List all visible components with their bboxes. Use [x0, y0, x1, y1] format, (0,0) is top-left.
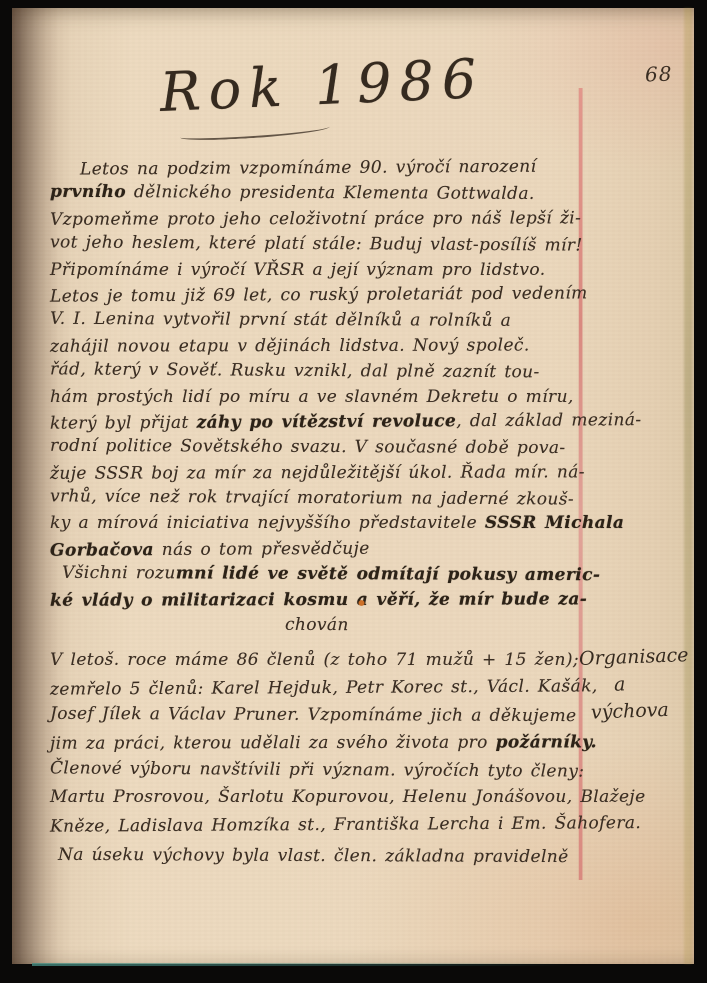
handwritten-line: Letos na podzim vzpomínáme 90. výročí na…: [50, 154, 595, 183]
margin-note-line: Organisace: [579, 642, 692, 673]
handwriting-segment: jim za práci, kterou udělali za svého ži…: [50, 732, 496, 753]
handwriting-segment: který byl přijat: [50, 413, 197, 434]
handwriting-segment: Josef Jílek a Václav Pruner. Vzpomínáme …: [50, 704, 577, 726]
handwritten-line: Gorbačova nás o tom přesvědčuje: [50, 535, 595, 564]
handwritten-line: Kněze, Ladislava Homzíka st., Františka …: [50, 811, 595, 840]
handwritten-line: ky a mírová iniciativa nejvyššího předst…: [50, 511, 595, 536]
ink-stain: [358, 600, 365, 606]
handwritten-line: prvního dělnického presidenta Klementa G…: [50, 180, 595, 208]
scan-border: 68 Rok 1986 Letos na podzim vzpomínáme 9…: [0, 0, 707, 983]
handwritten-line: Na úseku výchovy byla vlast. člen. zákla…: [50, 843, 595, 871]
handwritten-line: Všichni rozumní lidé ve světě odmítají p…: [50, 561, 595, 589]
page-edge-streak: [684, 8, 692, 964]
scan-color-artifact: [32, 963, 572, 966]
handwritten-line: vot jeho heslem, které platí stále: Budu…: [50, 231, 595, 260]
handwriting-segment: Na úseku výchovy byla vlast. člen. zákla…: [58, 845, 569, 867]
margin-note-line: výchova: [581, 696, 694, 727]
handwritten-line: řád, který v Sověť. Rusku vznikl, dal pl…: [50, 357, 595, 386]
emphasized-handwriting: ké vlády o militarizaci kosmu a věří, že…: [50, 589, 587, 610]
emphasized-handwriting: záhy po vítězství revoluce: [196, 411, 456, 433]
handwriting-segment: dělnického presidenta Klementa Gottwalda…: [126, 183, 535, 205]
handwritten-line: rodní politice Sovětského svazu. V souča…: [50, 434, 595, 462]
handwriting-segment: Připomínáme i výročí VŘSR a její význam …: [50, 260, 546, 280]
handwriting-segment: rodní politice Sovětského svazu. V souča…: [50, 436, 566, 458]
handwritten-line: žuje SSSR boj za mír za nejdůležitější ú…: [50, 460, 595, 487]
handwritten-line: Členové výboru navštívili při význam. vý…: [50, 756, 595, 785]
handwritten-line: Martu Prosrovou, Šarlotu Kopurovou, Hele…: [50, 785, 595, 810]
handwritten-line: jim za práci, kterou udělali za svého ži…: [50, 730, 595, 757]
handwriting-segment: Kněze, Ladislava Homzíka st., Františka …: [50, 813, 641, 837]
handwriting-segment: Členové výboru navštívili při význam. vý…: [50, 758, 585, 781]
handwriting-segment: řád, který v Sověť. Rusku vznikl, dal pl…: [50, 359, 540, 382]
handwritten-line: vrhů, více než rok trvající moratorium n…: [50, 484, 595, 513]
handwriting-segment: zemřelo 5 členů: Karel Hejduk, Petr Kore…: [50, 676, 598, 699]
emphasized-handwriting: Gorbačova: [50, 540, 154, 561]
handwritten-line: zahájil novou etapu v dějinách lidstva. …: [50, 333, 595, 360]
handwritten-line: V letoš. roce máme 86 členů (z toho 71 m…: [50, 648, 595, 673]
handwriting-segment: ky a mírová iniciativa nejvyššího předst…: [50, 513, 485, 533]
handwritten-line: Letos je tomu již 69 let, co ruský prole…: [50, 281, 595, 310]
handwriting-segment: Martu Prosrovou, Šarlotu Kopurovou, Hele…: [50, 787, 646, 807]
handwritten-line: Vzpomeňme proto jeho celoživotní práce p…: [50, 206, 595, 233]
handwriting-segment: Vzpomeňme proto jeho celoživotní práce p…: [50, 208, 581, 229]
margin-note: Organisace a výchova: [579, 642, 694, 727]
emphasized-handwriting: prvního: [50, 182, 126, 202]
handwriting-segment: chován: [285, 615, 349, 635]
chronicle-page: 68 Rok 1986 Letos na podzim vzpomínáme 9…: [12, 8, 694, 964]
handwriting-segment: nás o tom přesvědčuje: [154, 539, 370, 560]
handwriting-segment: zahájil novou etapu v dějinách lidstva. …: [50, 335, 530, 356]
handwritten-line: který byl přijat záhy po vítězství revol…: [50, 408, 595, 437]
handwriting-segment: vot jeho heslem, které platí stále: Budu…: [50, 233, 583, 256]
margin-note-line: a: [580, 669, 693, 700]
handwritten-line: V. I. Lenina vytvořil první stát dělníků…: [50, 307, 595, 335]
handwritten-line: chován: [50, 611, 595, 640]
handwriting-segment: Letos na podzim vzpomínáme 90. výročí na…: [80, 157, 537, 180]
handwritten-text-block: Letos na podzim vzpomínáme 90. výročí na…: [50, 156, 595, 870]
emphasized-handwriting: požárníky.: [496, 732, 597, 752]
handwritten-line: hám prostých lidí po míru a ve slavném D…: [50, 385, 595, 410]
handwriting-segment: Všichni rozu: [62, 563, 176, 583]
emphasized-handwriting: mní lidé ve světě odmítají pokusy americ…: [176, 564, 601, 586]
handwritten-line: Josef Jílek a Václav Pruner. Vzpomínáme …: [50, 702, 595, 730]
handwriting-segment: , dal základ meziná-: [456, 410, 641, 431]
handwriting-segment: V letoš. roce máme 86 členů (z toho 71 m…: [50, 650, 579, 670]
handwriting-segment: hám prostých lidí po míru a ve slavném D…: [50, 387, 574, 407]
handwritten-line: Připomínáme i výročí VŘSR a její význam …: [50, 258, 595, 283]
handwriting-segment: žuje SSSR boj za mír za nejdůležitější ú…: [50, 462, 585, 483]
handwriting-segment: Letos je tomu již 69 let, co ruský prole…: [50, 283, 588, 306]
title-underline-flourish: [180, 122, 330, 142]
handwriting-segment: vrhů, více než rok trvající moratorium n…: [50, 486, 574, 509]
page-title: Rok 1986: [131, 46, 513, 126]
handwritten-line: zemřelo 5 členů: Karel Hejduk, Petr Kore…: [50, 674, 595, 703]
emphasized-handwriting: SSSR Michala: [485, 513, 624, 533]
page-number: 68: [645, 62, 673, 87]
handwritten-line: ké vlády o militarizaci kosmu a věří, že…: [50, 587, 595, 614]
handwriting-segment: V. I. Lenina vytvořil první stát dělníků…: [50, 309, 511, 331]
